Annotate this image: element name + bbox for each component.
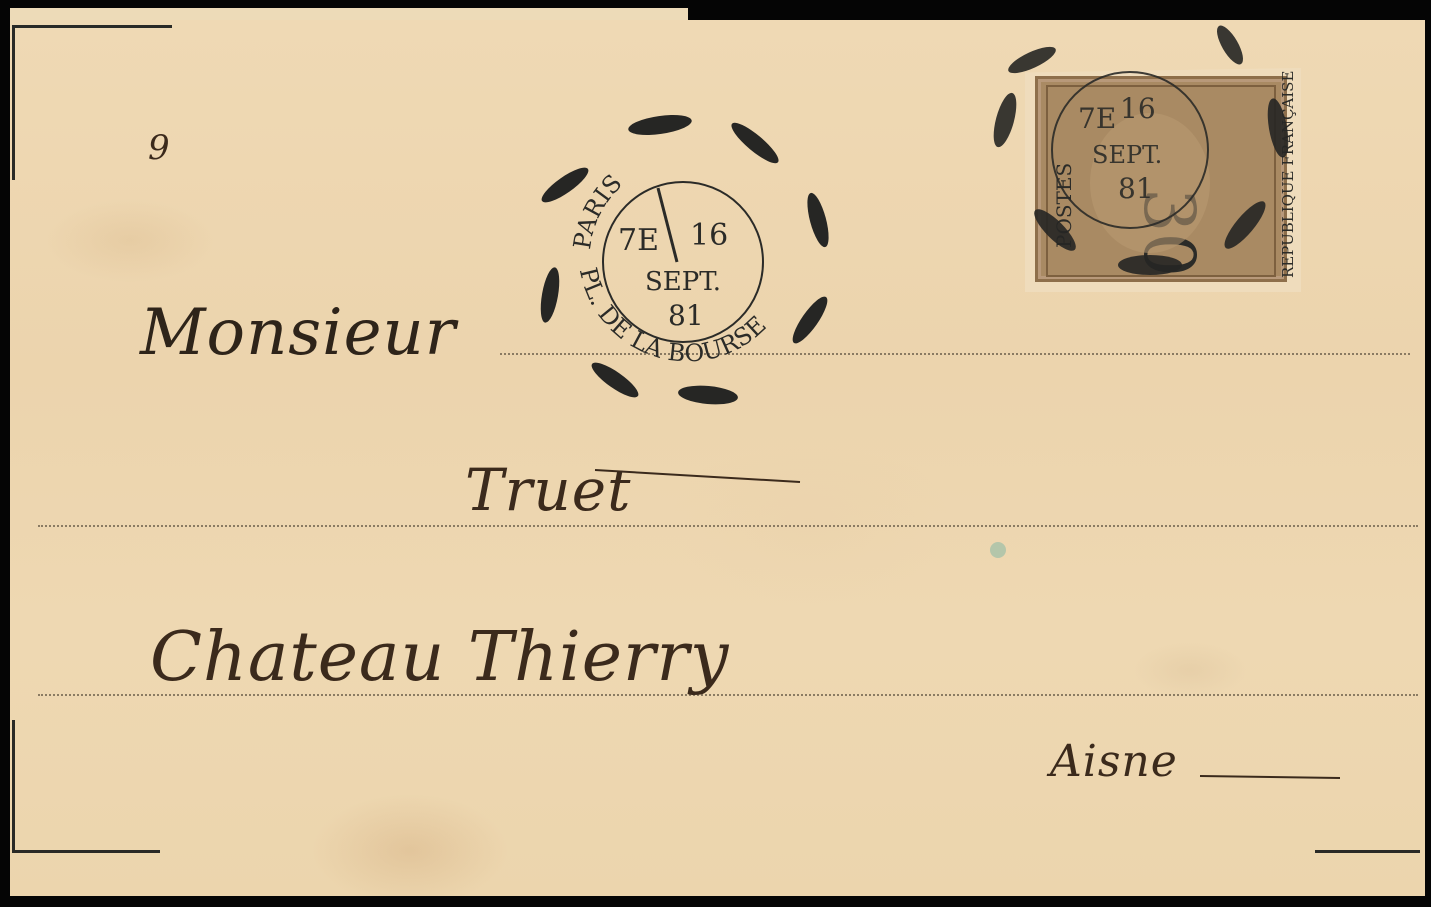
postmark-year: 81 xyxy=(668,299,704,332)
postmark-time: 7E xyxy=(618,223,659,258)
postmark-day: 16 xyxy=(690,218,728,253)
postmarks: 7E 16 SEPT. 81 PARIS PL. DE LA BOURSE 7E… xyxy=(0,0,1431,907)
stamp-postmark-month: SEPT. xyxy=(1092,141,1162,169)
stamp-postmark-time: 7E xyxy=(1078,102,1116,135)
postmark-on-stamp: 7E 16 SEPT. 81 xyxy=(989,22,1292,275)
postmark-main: 7E 16 SEPT. 81 PARIS PL. DE LA BOURSE xyxy=(537,112,833,407)
ink-smudge xyxy=(990,542,1006,558)
postmark-month: SEPT. xyxy=(645,267,721,297)
stamp-postmark-year: 81 xyxy=(1118,172,1154,205)
stamp-postmark-day: 16 xyxy=(1120,92,1156,125)
